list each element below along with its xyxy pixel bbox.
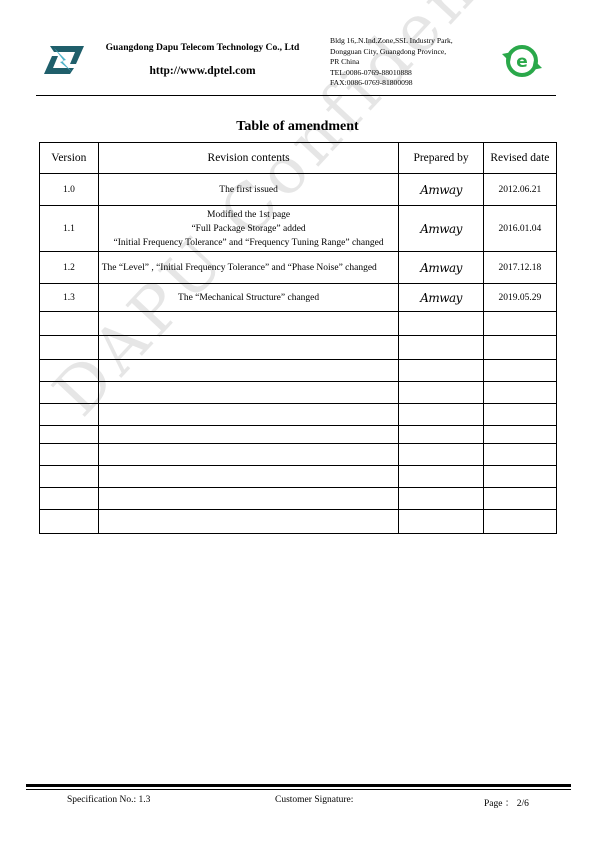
- empty-cell: [40, 312, 99, 336]
- column-header-date: Revised date: [483, 143, 556, 174]
- empty-cell: [40, 336, 99, 360]
- contents-cell: The “Mechanical Structure” changed: [98, 284, 399, 312]
- empty-cell: [483, 382, 556, 404]
- empty-cell: [40, 444, 99, 466]
- empty-table-row: [40, 488, 557, 510]
- empty-cell: [399, 336, 483, 360]
- empty-table-row: [40, 404, 557, 426]
- header-divider: [36, 95, 556, 96]
- empty-cell: [399, 444, 483, 466]
- empty-cell: [40, 404, 99, 426]
- empty-cell: [98, 382, 399, 404]
- empty-cell: [483, 360, 556, 382]
- empty-cell: [399, 312, 483, 336]
- customer-signature: Customer Signature:: [275, 795, 353, 805]
- empty-cell: [98, 336, 399, 360]
- company-logo-icon: [40, 42, 88, 78]
- company-name: Guangdong Dapu Telecom Technology Co., L…: [95, 42, 310, 53]
- empty-cell: [483, 488, 556, 510]
- empty-cell: [98, 466, 399, 488]
- contents-line: The “Level” , “Initial Frequency Toleran…: [102, 261, 396, 275]
- footer-divider-thin: [26, 789, 571, 790]
- column-header-contents: Revision contents: [98, 143, 399, 174]
- empty-cell: [98, 426, 399, 444]
- date-cell: 2017.12.18: [483, 252, 556, 284]
- empty-cell: [483, 426, 556, 444]
- date-cell: 2016.01.04: [483, 206, 556, 252]
- empty-cell: [399, 382, 483, 404]
- empty-cell: [40, 510, 99, 534]
- prepared-by-signature: Amway: [399, 252, 483, 284]
- empty-cell: [40, 466, 99, 488]
- table-row: 1.3The “Mechanical Structure” changedAmw…: [40, 284, 557, 312]
- empty-cell: [40, 426, 99, 444]
- company-url[interactable]: http://www.dptel.com: [95, 65, 310, 77]
- empty-cell: [98, 360, 399, 382]
- contents-cell: The “Level” , “Initial Frequency Toleran…: [98, 252, 399, 284]
- empty-cell: [483, 336, 556, 360]
- empty-cell: [483, 510, 556, 534]
- empty-cell: [98, 488, 399, 510]
- column-header-version: Version: [40, 143, 99, 174]
- empty-cell: [399, 360, 483, 382]
- address-line: PR China: [330, 57, 453, 68]
- empty-cell: [399, 426, 483, 444]
- table-header-row: Version Revision contents Prepared by Re…: [40, 143, 557, 174]
- column-header-prepared-by: Prepared by: [399, 143, 483, 174]
- contents-line: The “Mechanical Structure” changed: [102, 291, 396, 305]
- version-cell: 1.2: [40, 252, 99, 284]
- prepared-by-signature: Amway: [399, 174, 483, 206]
- empty-table-row: [40, 312, 557, 336]
- page-title: Table of amendment: [0, 119, 595, 135]
- contents-cell: The first issued: [98, 174, 399, 206]
- date-cell: 2019.05.29: [483, 284, 556, 312]
- table-row: 1.1Modified the 1st page“Full Package St…: [40, 206, 557, 252]
- version-cell: 1.0: [40, 174, 99, 206]
- contents-line: The first issued: [102, 183, 396, 197]
- empty-cell: [483, 312, 556, 336]
- address-line: Bldg 16,.N.Ind.Zone,SSL Industry Park,: [330, 36, 453, 47]
- contents-cell: Modified the 1st page“Full Package Stora…: [98, 206, 399, 252]
- contents-line: “Initial Frequency Tolerance” and “Frequ…: [102, 236, 396, 250]
- page-number: Page ： 2/6: [484, 795, 529, 809]
- empty-table-row: [40, 510, 557, 534]
- contents-line: “Full Package Storage” added: [102, 222, 396, 236]
- company-address: Bldg 16,.N.Ind.Zone,SSL Industry Park, D…: [330, 36, 453, 89]
- empty-cell: [98, 510, 399, 534]
- prepared-by-signature: Amway: [399, 284, 483, 312]
- version-cell: 1.3: [40, 284, 99, 312]
- empty-cell: [399, 488, 483, 510]
- footer-divider: [26, 784, 571, 787]
- version-cell: 1.1: [40, 206, 99, 252]
- spec-number: Specification No.: 1.3: [67, 795, 150, 805]
- table-row: 1.0The first issuedAmway2012.06.21: [40, 174, 557, 206]
- empty-cell: [483, 444, 556, 466]
- empty-cell: [399, 404, 483, 426]
- empty-cell: [399, 466, 483, 488]
- empty-cell: [98, 444, 399, 466]
- empty-cell: [483, 404, 556, 426]
- empty-cell: [98, 404, 399, 426]
- empty-cell: [98, 312, 399, 336]
- phone-line: TEL:0086-0769-88010888: [330, 68, 453, 79]
- empty-table-row: [40, 426, 557, 444]
- amendment-table: Version Revision contents Prepared by Re…: [39, 142, 557, 534]
- empty-cell: [40, 360, 99, 382]
- empty-table-row: [40, 336, 557, 360]
- empty-cell: [399, 510, 483, 534]
- prepared-by-signature: Amway: [399, 206, 483, 252]
- empty-table-row: [40, 444, 557, 466]
- table-row: 1.2The “Level” , “Initial Frequency Tole…: [40, 252, 557, 284]
- empty-cell: [40, 488, 99, 510]
- empty-table-row: [40, 382, 557, 404]
- empty-table-row: [40, 360, 557, 382]
- eco-recycle-icon: e: [500, 40, 544, 82]
- date-cell: 2012.06.21: [483, 174, 556, 206]
- address-line: Dongguan City, Guangdong Province,: [330, 47, 453, 58]
- contents-line: Modified the 1st page: [102, 208, 396, 222]
- fax-line: FAX:0086-0769-81800098: [330, 78, 453, 89]
- empty-cell: [40, 382, 99, 404]
- empty-table-row: [40, 466, 557, 488]
- svg-text:e: e: [516, 52, 528, 72]
- empty-cell: [483, 466, 556, 488]
